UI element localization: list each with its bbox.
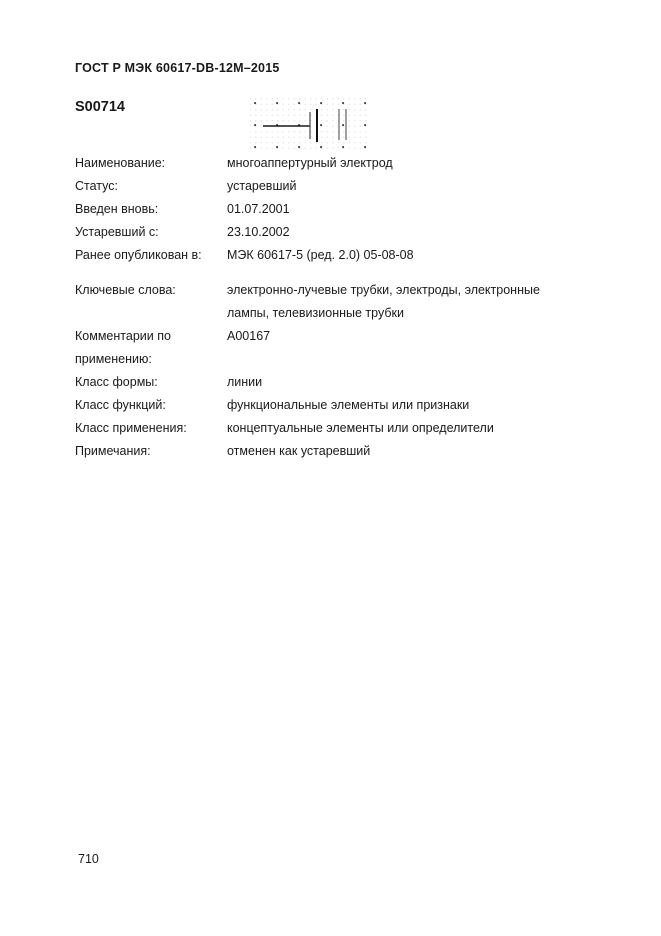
field-value: МЭК 60617-5 (ред. 2.0) 05-08-08 bbox=[227, 244, 563, 267]
standard-header: ГОСТ Р МЭК 60617-DB-12M–2015 bbox=[75, 61, 280, 76]
field-value: функциональные элементы или признаки bbox=[227, 394, 563, 417]
field-label: Класс применения: bbox=[75, 417, 227, 440]
field-value: 01.07.2001 bbox=[227, 198, 563, 221]
field-value: устаревший bbox=[227, 175, 563, 198]
field-label: Ключевые слова: bbox=[75, 279, 227, 302]
field-label: Устаревший с: bbox=[75, 221, 227, 244]
field-row: Класс применения: концептуальные элемент… bbox=[75, 417, 585, 440]
field-value: концептуальные элементы или определители bbox=[227, 417, 563, 440]
field-row: Устаревший с: 23.10.2002 bbox=[75, 221, 585, 244]
field-value: отменен как устаревший bbox=[227, 440, 563, 463]
symbol-id: S00714 bbox=[75, 99, 125, 116]
page-number: 710 bbox=[78, 852, 99, 866]
field-label: Введен вновь: bbox=[75, 198, 227, 221]
electrode-symbol-drawing bbox=[248, 92, 370, 158]
field-label: Класс функций: bbox=[75, 394, 227, 417]
field-row: Введен вновь: 01.07.2001 bbox=[75, 198, 585, 221]
field-row: Ключевые слова: электронно-лучевые трубк… bbox=[75, 279, 585, 325]
field-value: 23.10.2002 bbox=[227, 221, 563, 244]
field-row: Примечания: отменен как устаревший bbox=[75, 440, 585, 463]
field-label: Статус: bbox=[75, 175, 227, 198]
field-row: Статус: устаревший bbox=[75, 175, 585, 198]
field-row: Класс функций: функциональные элементы и… bbox=[75, 394, 585, 417]
field-label: Наименование: bbox=[75, 152, 227, 175]
field-row: Комментарии по применению: A00167 bbox=[75, 325, 585, 371]
field-value: A00167 bbox=[227, 325, 563, 348]
field-label: Класс формы: bbox=[75, 371, 227, 394]
field-row: Ранее опубликован в: МЭК 60617-5 (ред. 2… bbox=[75, 244, 585, 267]
field-value: многоаппертурный электрод bbox=[227, 152, 563, 175]
field-label: Комментарии по применению: bbox=[75, 325, 227, 371]
fields-list: Наименование: многоаппертурный электрод … bbox=[75, 152, 585, 463]
document-page: ГОСТ Р МЭК 60617-DB-12M–2015 S00714 bbox=[0, 0, 661, 936]
field-label: Ранее опубликован в: bbox=[75, 244, 227, 267]
field-row: Наименование: многоаппертурный электрод bbox=[75, 152, 585, 175]
field-value: электронно-лучевые трубки, электроды, эл… bbox=[227, 279, 563, 325]
field-label: Примечания: bbox=[75, 440, 227, 463]
field-row: Класс формы: линии bbox=[75, 371, 585, 394]
field-value: линии bbox=[227, 371, 563, 394]
electrode-symbol-figure bbox=[248, 92, 370, 158]
symbol-grid-dots bbox=[250, 98, 368, 152]
